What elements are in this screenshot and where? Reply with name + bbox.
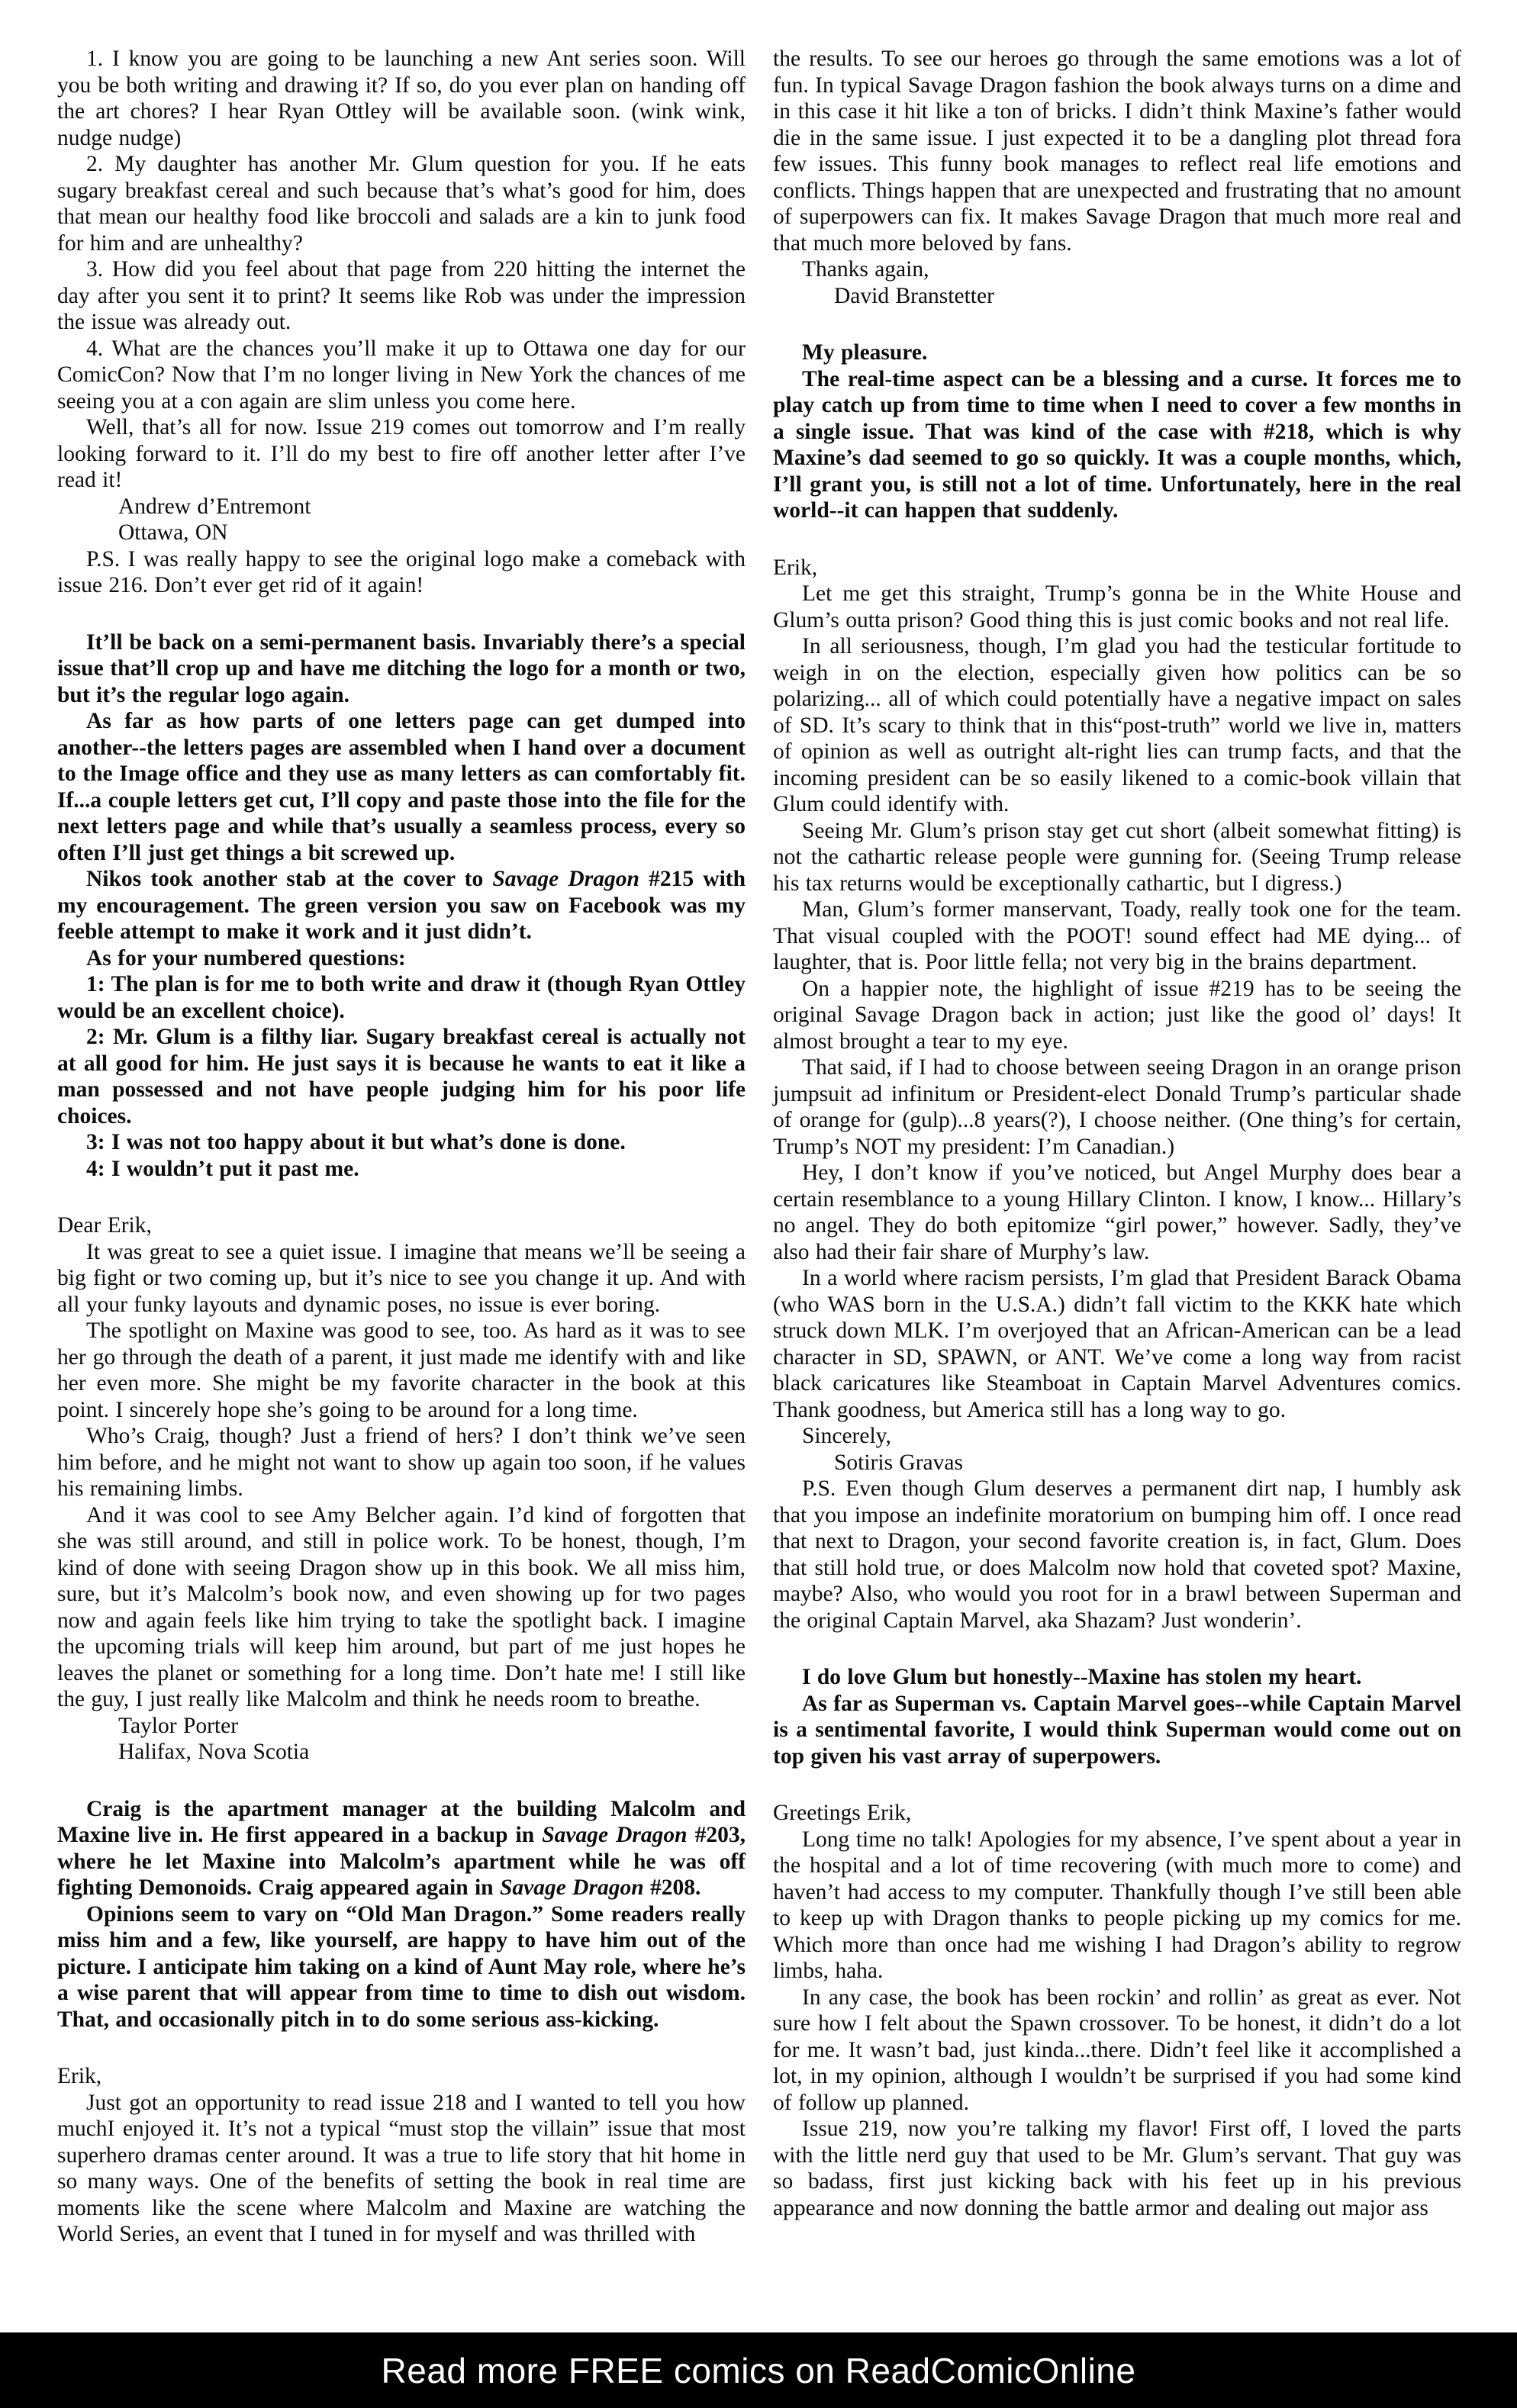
paragraph: 4: I wouldn’t put it past me. [57, 1156, 746, 1183]
italic-series-title: Savage Dragon [492, 867, 639, 891]
paragraph: The real-time aspect can be a blessing a… [773, 366, 1461, 524]
letters-column-right: the results. To see our heroes go throug… [773, 46, 1461, 2221]
paragraph: Issue 219, now you’re talking my flavor!… [773, 2116, 1461, 2221]
paragraph: the results. To see our heroes go throug… [773, 46, 1461, 256]
paragraph: In any case, the book has been rockin’ a… [773, 1985, 1461, 2117]
paragraph: Nikos took another stab at the cover to … [57, 866, 746, 945]
signature-line: Halifax, Nova Scotia [57, 1739, 746, 1766]
paragraph: 1. I know you are going to be launching … [57, 46, 746, 151]
paragraph: Who’s Craig, though? Just a friend of he… [57, 1423, 746, 1502]
paragraph: It was great to see a quiet issue. I ima… [57, 1239, 746, 1318]
paragraph: In all seriousness, though, I’m glad you… [773, 633, 1461, 818]
paragraph: Craig is the apartment manager at the bu… [57, 1796, 746, 1901]
salutation-line: Erik, [57, 2063, 746, 2090]
paragraph: And it was cool to see Amy Belcher again… [57, 1502, 746, 1713]
paragraph: That said, if I had to choose between se… [773, 1054, 1461, 1160]
letters-column-left: 1. I know you are going to be launching … [57, 46, 746, 2248]
paragraph: The spotlight on Maxine was good to see,… [57, 1318, 746, 1423]
paragraph: P.S. I was really happy to see the origi… [57, 546, 746, 599]
signature-line: Sotiris Gravas [773, 1450, 1461, 1476]
italic-series-title: Savage Dragon [500, 1875, 644, 1900]
signature-line: Taylor Porter [57, 1713, 746, 1740]
paragraph: 3. How did you feel about that page from… [57, 256, 746, 336]
paragraph: Thanks again, [773, 256, 1461, 283]
footer-banner: Read more FREE comics on ReadComicOnline [0, 2332, 1517, 2408]
salutation-line: Erik, [773, 555, 1461, 581]
paragraph: Just got an opportunity to read issue 21… [57, 2090, 746, 2248]
paragraph: Let me get this straight, Trump’s gonna … [773, 581, 1461, 633]
paragraph: Well, that’s all for now. Issue 219 come… [57, 414, 746, 494]
paragraph: 2. My daughter has another Mr. Glum ques… [57, 151, 746, 256]
paragraph: Opinions seem to vary on “Old Man Dragon… [57, 1901, 746, 2033]
paragraph: 2: Mr. Glum is a filthy liar. Sugary bre… [57, 1024, 746, 1129]
paragraph: On a happier note, the highlight of issu… [773, 976, 1461, 1055]
signature-line: David Branstetter [773, 283, 1461, 310]
paragraph: As far as how parts of one letters page … [57, 708, 746, 866]
paragraph: Long time no talk! Apologies for my abse… [773, 1827, 1461, 1985]
signature-line: Andrew d’Entremont [57, 494, 746, 520]
paragraph: 4. What are the chances you’ll make it u… [57, 336, 746, 415]
paragraph: Hey, I don’t know if you’ve noticed, but… [773, 1160, 1461, 1265]
paragraph: 3: I was not too happy about it but what… [57, 1129, 746, 1156]
salutation-line: Dear Erik, [57, 1212, 746, 1239]
paragraph: In a world where racism persists, I’m gl… [773, 1265, 1461, 1423]
paragraph: It’ll be back on a semi-permanent basis.… [57, 629, 746, 709]
footer-banner-text: Read more FREE comics on ReadComicOnline [382, 2350, 1136, 2391]
paragraph: Seeing Mr. Glum’s prison stay get cut sh… [773, 818, 1461, 897]
paragraph: 1: The plan is for me to both write and … [57, 971, 746, 1024]
paragraph: As for your numbered questions: [57, 945, 746, 972]
signature-line: Ottawa, ON [57, 520, 746, 546]
paragraph: Man, Glum’s former manservant, Toady, re… [773, 897, 1461, 976]
paragraph: As far as Superman vs. Captain Marvel go… [773, 1691, 1461, 1770]
salutation-line: Greetings Erik, [773, 1800, 1461, 1827]
paragraph: I do love Glum but honestly--Maxine has … [773, 1664, 1461, 1691]
paragraph: P.S. Even though Glum deserves a permane… [773, 1476, 1461, 1634]
paragraph: My pleasure. [773, 340, 1461, 366]
paragraph: Sincerely, [773, 1423, 1461, 1450]
italic-series-title: Savage Dragon [542, 1823, 687, 1847]
